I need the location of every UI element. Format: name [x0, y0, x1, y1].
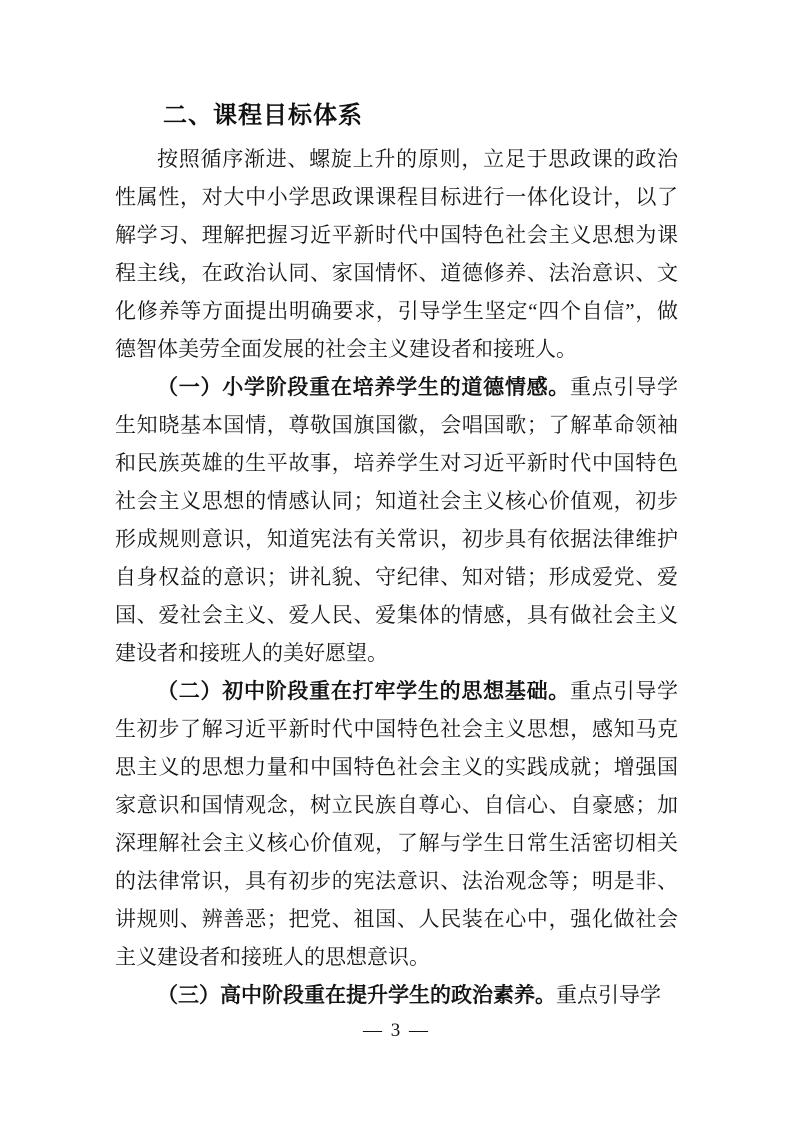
page-number: — 3 —: [0, 1020, 793, 1042]
subsection-middle-school: （二）初中阶段重在打牢学生的思想基础。重点引导学生初步了解习近平新时代中国特色社…: [115, 672, 678, 976]
document-page: 二、课程目标体系 按照循序渐进、螺旋上升的原则，立足于思政课的政治性属性，对大中…: [0, 0, 793, 1122]
intro-paragraph: 按照循序渐进、螺旋上升的原则，立足于思政课的政治性属性，对大中小学思政课课程目标…: [115, 140, 678, 368]
subsection-primary-school: （一）小学阶段重在培养学生的道德情感。重点引导学生知晓基本国情，尊敬国旗国徽，会…: [115, 368, 678, 672]
subsection-high-school-title: （三）高中阶段重在提升学生的政治素养。: [157, 983, 556, 1007]
subsection-primary-school-title: （一）小学阶段重在培养学生的道德情感。: [157, 375, 570, 399]
subsection-high-school: （三）高中阶段重在提升学生的政治素养。重点引导学: [115, 976, 678, 1014]
subsection-primary-school-body: 重点引导学生知晓基本国情，尊敬国旗国徽，会唱国歌；了解革命领袖和民族英雄的生平故…: [115, 375, 678, 665]
subsection-middle-school-title: （二）初中阶段重在打牢学生的思想基础。: [157, 679, 570, 703]
section-heading: 二、课程目标体系: [115, 96, 678, 136]
document-content: 二、课程目标体系 按照循序渐进、螺旋上升的原则，立足于思政课的政治性属性，对大中…: [115, 96, 678, 1014]
subsection-high-school-body: 重点引导学: [556, 983, 661, 1007]
subsection-middle-school-body: 重点引导学生初步了解习近平新时代中国特色社会主义思想，感知马克思主义的思想力量和…: [115, 679, 678, 969]
